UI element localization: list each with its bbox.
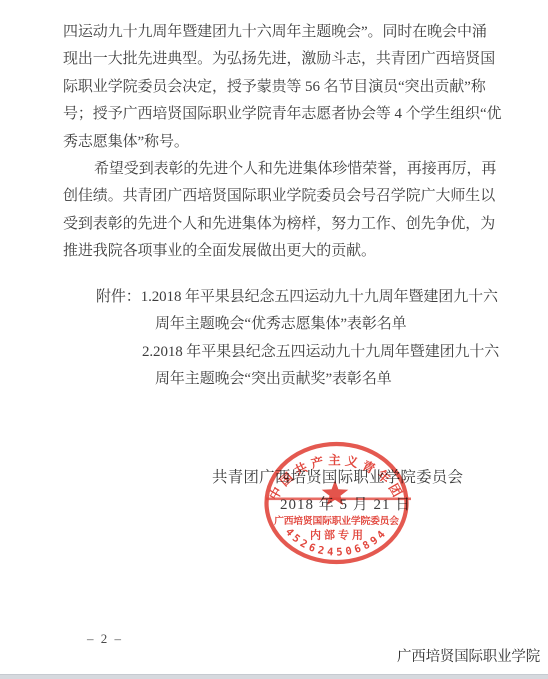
paragraph-line: 号；授予广西培贤国际职业学院青年志愿者协会等 4 个学生组织“优	[63, 101, 523, 128]
paragraph-line: 希望受到表彰的先进个人和先进集体珍惜荣誉，再接再厉，再	[63, 156, 523, 183]
bottom-edge-bar	[0, 674, 548, 679]
page-number: – 2 –	[87, 631, 123, 647]
attachment-line: 附件：1.2018 年平果县纪念五四运动九十九周年暨建团九十六	[63, 284, 533, 311]
attachment-list: 附件：1.2018 年平果县纪念五四运动九十九周年暨建团九十六 周年主题晚会“优…	[63, 284, 533, 394]
document-page: 四运动九十九周年暨建团九十六周年主题晚会”。同时在晚会中涌 现出一大批先进典型。…	[0, 0, 548, 679]
seal-serial: 452624506894	[283, 526, 390, 559]
attachment-line: 2.2018 年平果县纪念五四运动九十九周年暨建团九十六	[63, 339, 533, 366]
paragraph-1: 四运动九十九周年暨建团九十六周年主题晚会”。同时在晚会中涌 现出一大批先进典型。…	[63, 19, 523, 156]
svg-text:452624506894: 452624506894	[283, 526, 390, 559]
paragraph-line: 创佳绩。共青团广西培贤国际职业学院委员会号召学院广大师生以	[63, 183, 523, 210]
paragraph-line: 四运动九十九周年暨建团九十六周年主题晚会”。同时在晚会中涌	[63, 19, 523, 46]
paragraph-line: 现出一大批先进典型。为弘扬先进，激励斗志，共青团广西培贤国	[63, 46, 523, 73]
footer-brand: 广西培贤国际职业学院	[397, 645, 540, 666]
attachment-line: 周年主题晚会“优秀志愿集体”表彰名单	[63, 311, 533, 338]
paragraph-line: 际职业学院委员会决定，授予蒙贵等 56 名节目演员“突出贡献”称	[63, 74, 523, 101]
committee-signature: 共青团广西培贤国际职业学院委员会	[212, 464, 463, 492]
paragraph-line: 推进我院各项事业的全面发展做出更大的贡献。	[63, 238, 523, 265]
paragraph-2: 希望受到表彰的先进个人和先进集体珍惜荣誉，再接再厉，再 创佳绩。共青团广西培贤国…	[63, 156, 523, 266]
paragraph-line: 秀志愿集体”称号。	[63, 129, 523, 156]
seal-label-text: 内部专用	[310, 528, 366, 542]
paragraph-line: 受到表彰的先进个人和先进集体为榜样，努力工作、创先争优，为	[63, 211, 523, 238]
attachment-line: 周年主题晚会“突出贡献奖”表彰名单	[63, 366, 533, 393]
signature-date: 2018 年 5 月 21 日	[280, 492, 411, 520]
